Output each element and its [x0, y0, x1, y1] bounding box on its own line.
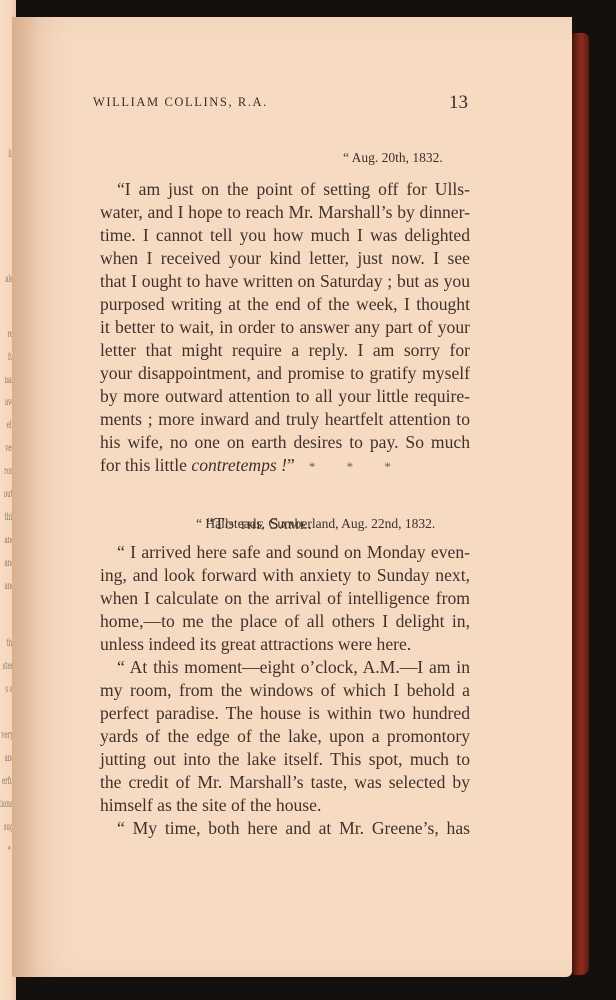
paragraph-line: it better to wait, in order to answer an…	[100, 316, 470, 339]
paragraph-line: time. I cannot tell you how much I was d…	[100, 224, 470, 247]
paragraph-line: “ My time, both here and at Mr. Greene’s…	[117, 817, 470, 840]
paragraph-line: his wife, no one on earth desires to pay…	[100, 431, 470, 454]
paragraph-line: that I ought to have written on Saturday…	[100, 270, 470, 293]
paragraph-line: “I am just on the point of setting off f…	[117, 178, 470, 201]
letter-1-dateline: “ Aug. 20th, 1832.	[343, 150, 443, 166]
paragraph-line: jutting out into the lake itself. This s…	[100, 748, 470, 771]
paragraph-line: yards of the edge of the lake, upon a pr…	[100, 725, 470, 748]
paragraph-line: ing, and look forward with anxiety to Su…	[100, 564, 470, 587]
paragraph-line: “ I arrived here safe and sound on Monda…	[117, 541, 470, 564]
paragraph-line: your disappointment, and promise to grat…	[100, 362, 470, 385]
page-gutter-shadow	[12, 17, 50, 977]
paragraph-line: by more outward attention to all your li…	[100, 385, 470, 408]
text-run: for this little	[100, 455, 191, 475]
letter-2-dateline: “ Hallsteads, Cumberland, Aug. 22nd, 183…	[196, 516, 435, 532]
paragraph-line: letter that might require a reply. I am …	[100, 339, 470, 362]
paragraph-line: my room, from the windows of which I beh…	[100, 679, 470, 702]
paragraph-line: unless indeed its great attractions were…	[100, 633, 470, 656]
paragraph-last-line: for this little contretemps !”* * *	[100, 454, 470, 477]
asterism: * * *	[309, 459, 405, 474]
closing-quote: ”	[287, 455, 295, 475]
running-head: WILLIAM COLLINS, R.A. 13	[93, 93, 470, 115]
red-cloth-cover-edge	[572, 33, 589, 975]
paragraph-line: “ At this moment—eight o’clock, A.M.—I a…	[117, 656, 470, 679]
italic-term: contretemps !	[191, 455, 287, 475]
paragraph-line: purposed writing at the end of the week,…	[100, 293, 470, 316]
running-head-title: WILLIAM COLLINS, R.A.	[93, 95, 268, 110]
paragraph-line: ments ; more inward and truly heartfelt …	[100, 408, 470, 431]
paragraph-line: himself as the site of the house.	[100, 794, 470, 817]
paragraph-line: water, and I hope to reach Mr. Marshall’…	[100, 201, 470, 224]
paragraph-line: home,—to me the place of all others I de…	[100, 610, 470, 633]
book-photo: lisnale,re-fulnanaveelyvedromout,thisand…	[0, 0, 616, 1000]
paragraph-line: the credit of Mr. Marshall’s taste, was …	[100, 771, 470, 794]
page-number: 13	[449, 92, 468, 114]
paragraph-line: when I received your kind letter, just n…	[100, 247, 470, 270]
paragraph-line: perfect paradise. The house is within tw…	[100, 702, 470, 725]
paragraph-line: when I calculate on the arrival of intel…	[100, 587, 470, 610]
